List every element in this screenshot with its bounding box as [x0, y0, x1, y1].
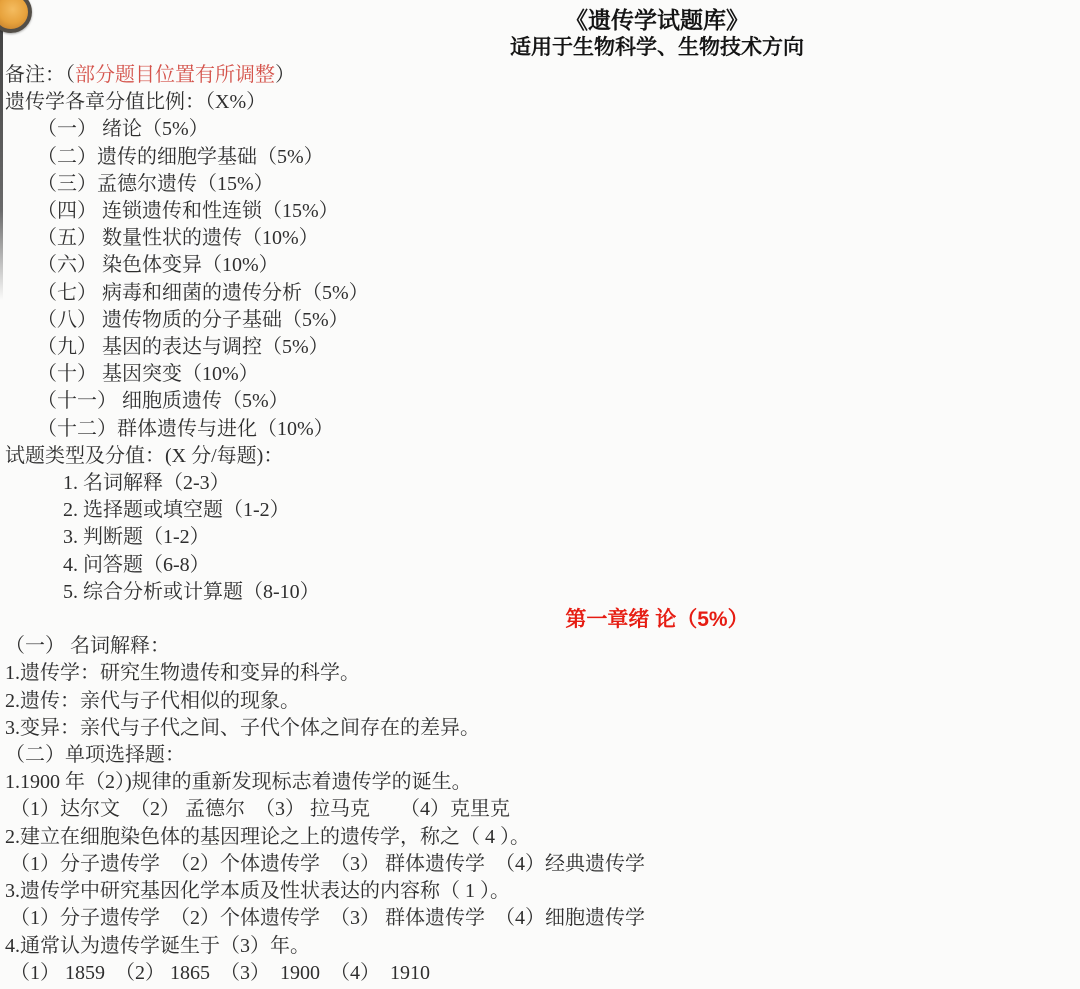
question-item: 3.遗传学中研究基因化学本质及性状表达的内容称（ 1 ）。: [0, 878, 1080, 905]
chapter-ratio-item: （六） 染色体变异（10%）: [0, 252, 1080, 279]
question-type-item: 3. 判断题（1-2）: [0, 524, 1080, 551]
note-prefix: 备注：（: [5, 64, 75, 86]
options-row: （1）分子遗传学 （2）个体遗传学 （3） 群体遗传学 （4）经典遗传学: [0, 851, 1080, 878]
section-heading: （一） 名词解释：: [0, 633, 1080, 660]
definition-item: 1.遗传学：研究生物遗传和变异的科学。: [0, 660, 1080, 687]
definition-item: 2.遗传：亲代与子代相似的现象。: [0, 688, 1080, 715]
definition-item: 3.变异：亲代与子代之间、子代个体之间存在的差异。: [0, 715, 1080, 742]
chapter-ratio-item: （七） 病毒和细菌的遗传分析（5%）: [0, 280, 1080, 307]
chapter-ratio-item: （十一） 细胞质遗传（5%）: [0, 388, 1080, 415]
options-row: （1） 1859 （2） 1865 （3） 1900 （4） 1910: [0, 960, 1080, 987]
options-row: （1）达尔文 （2） 孟德尔 （3） 拉马克 （4）克里克: [0, 796, 1080, 823]
question-item: 2.建立在细胞染色体的基因理论之上的遗传学，称之（ 4 ）。: [0, 824, 1080, 851]
chapter1-content: （一） 名词解释： 1.遗传学：研究生物遗传和变异的科学。 2.遗传：亲代与子代…: [0, 633, 1080, 987]
chapter-ratio-item: （十） 基因突变（10%）: [0, 361, 1080, 388]
doc-title: 《遗传学试题库》: [0, 6, 1080, 34]
document-page: 《遗传学试题库》 适用于生物科学、生物技术方向 备注：（部分题目位置有所调整） …: [0, 0, 1080, 989]
chapter-ratio-item: （九） 基因的表达与调控（5%）: [0, 334, 1080, 361]
chapter-ratio-item: （三）孟德尔遗传（15%）: [0, 171, 1080, 198]
question-type-item: 1. 名词解释（2-3）: [0, 470, 1080, 497]
chapter-ratio-item: （二）遗传的细胞学基础（5%）: [0, 144, 1080, 171]
chapter1-heading: 第一章绪 论（5%）: [0, 606, 1080, 633]
chapter-ratio-item: （十二）群体遗传与进化（10%）: [0, 416, 1080, 443]
question-type-item: 4. 问答题（6-8）: [0, 552, 1080, 579]
chapter-ratio-item: （八） 遗传物质的分子基础（5%）: [0, 307, 1080, 334]
question-item: 4.通常认为遗传学诞生于（3）年。: [0, 933, 1080, 960]
section-heading: （二）单项选择题：: [0, 742, 1080, 769]
score-ratio-heading: 遗传学各章分值比例：（X%）: [0, 89, 1080, 116]
doc-subtitle: 适用于生物科学、生物技术方向: [0, 34, 1080, 62]
chapter-ratio-item: （四） 连锁遗传和性连锁（15%）: [0, 198, 1080, 225]
chapter-ratio-item: （五） 数量性状的遗传（10%）: [0, 225, 1080, 252]
question-types-heading: 试题类型及分值：(X 分/每题)：: [0, 443, 1080, 470]
question-type-item: 2. 选择题或填空题（1-2）: [0, 497, 1080, 524]
question-type-item: 5. 综合分析或计算题（8-10）: [0, 579, 1080, 606]
question-item: 1.1900 年（2）)规律的重新发现标志着遗传学的诞生。: [0, 769, 1080, 796]
chapter-ratio-item: （一） 绪论（5%）: [0, 116, 1080, 143]
score-ratio-list: （一） 绪论（5%） （二）遗传的细胞学基础（5%） （三）孟德尔遗传（15%）…: [0, 116, 1080, 442]
options-row: （1）分子遗传学 （2）个体遗传学 （3） 群体遗传学 （4）细胞遗传学: [0, 905, 1080, 932]
note-suffix: ）: [275, 64, 295, 86]
note-red-text: 部分题目位置有所调整: [75, 64, 275, 86]
document-body: 《遗传学试题库》 适用于生物科学、生物技术方向 备注：（部分题目位置有所调整） …: [0, 0, 1080, 987]
question-types-list: 1. 名词解释（2-3） 2. 选择题或填空题（1-2） 3. 判断题（1-2）…: [0, 470, 1080, 606]
page-edge-line: [0, 0, 3, 300]
note-line: 备注：（部分题目位置有所调整）: [0, 62, 1080, 89]
